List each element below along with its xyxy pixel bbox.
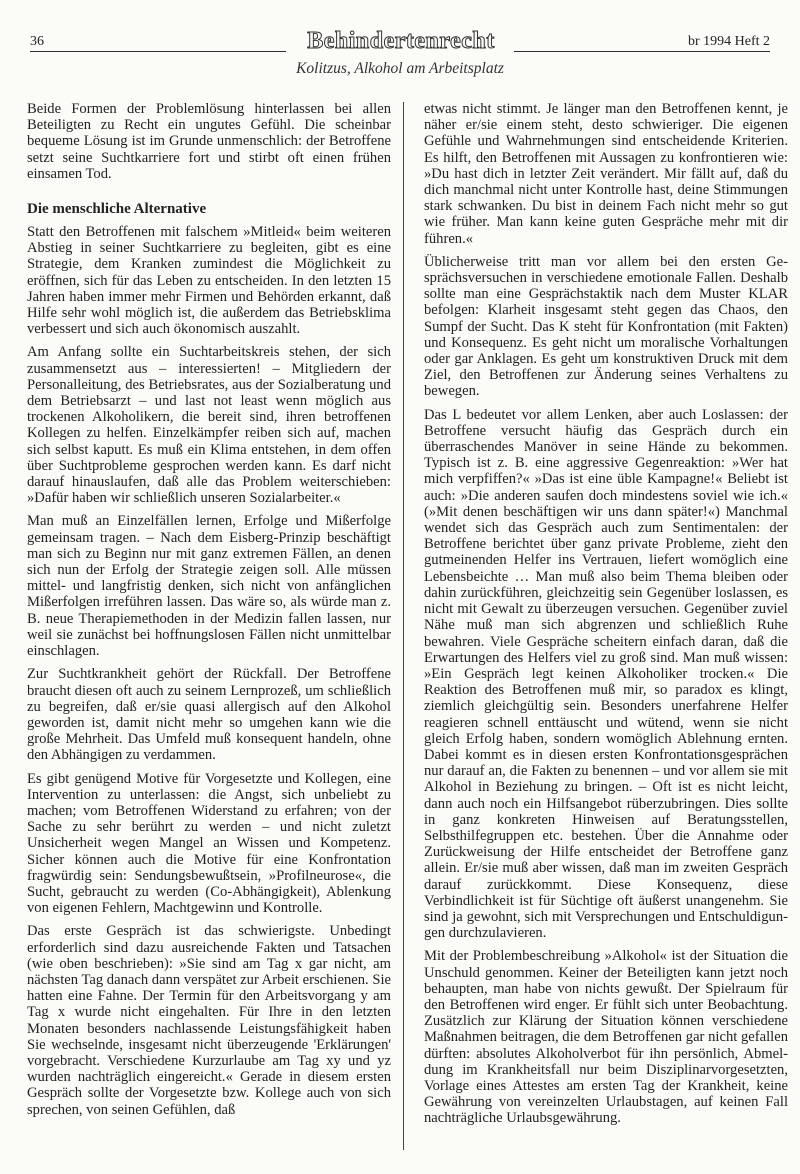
page-header: 36 Behindertenrecht br 1994 Heft 2 — [30, 30, 770, 54]
journal-title: Behindertenrecht — [292, 28, 510, 55]
header-rule-right — [514, 51, 770, 52]
paragraph: Es gibt genügend Motive für Vorgesetzte … — [27, 771, 391, 917]
paragraph: Zur Suchtkrankheit gehört der Rückfall. … — [27, 666, 391, 763]
paragraph: Das L bedeutet vor allem Lenken, aber au… — [424, 407, 788, 942]
paragraph: Statt den Betroffenen mit falschem »Mitl… — [27, 224, 391, 337]
right-column: etwas nicht stimmt. Je länger man den Be… — [424, 101, 788, 1134]
paragraph: Das erste Gespräch ist das schwierigste.… — [27, 923, 391, 1117]
issue-label: br 1994 Heft 2 — [688, 34, 770, 50]
paragraph: Man muß an Einzelfällen lernen, Erfolge … — [27, 513, 391, 659]
paragraph: etwas nicht stimmt. Je länger man den Be… — [424, 101, 788, 247]
header-rule-left — [30, 51, 286, 52]
paragraph: Am Anfang sollte ein Suchtarbeitskreis s… — [27, 344, 391, 506]
section-heading: Die menschliche Alternative — [27, 200, 391, 218]
article-subtitle: Kolitzus, Alkohol am Arbeitsplatz — [0, 60, 800, 78]
left-column: Beide Formen der Problemlösung hinterlas… — [27, 101, 391, 1125]
paragraph: Mit der Problembeschreibung »Alkohol« is… — [424, 948, 788, 1126]
paragraph: Beide Formen der Problemlösung hinterlas… — [27, 101, 391, 182]
paragraph: Üblicherweise tritt man vor allem bei de… — [424, 254, 788, 400]
column-divider — [403, 102, 404, 1150]
page-number: 36 — [30, 34, 44, 50]
